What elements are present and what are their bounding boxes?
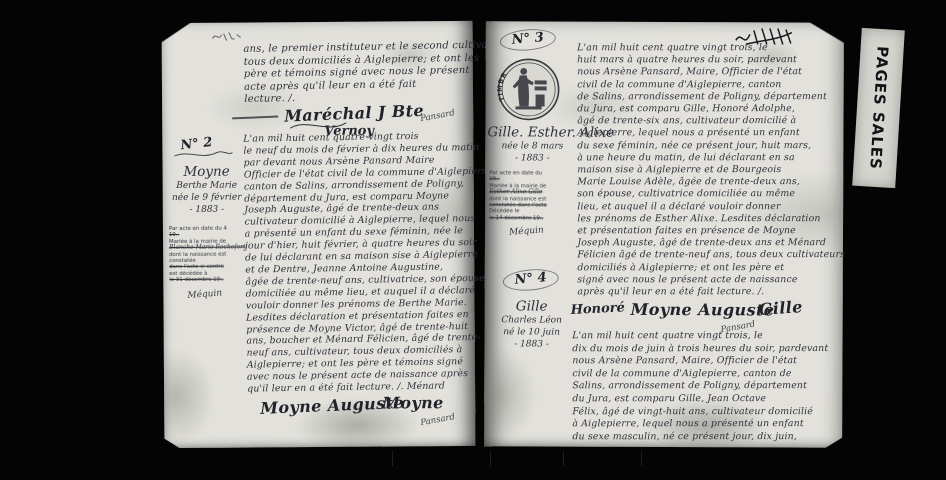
margin-name-line: née le 8 mars bbox=[487, 140, 577, 152]
annotation-line: dont la naissance est constatée bbox=[169, 251, 249, 264]
revenue-stamp-icon: TIMBRE bbox=[495, 56, 577, 122]
act-text-line: nous Arsène Pansard, Maire, Officier de … bbox=[577, 66, 845, 78]
act-text-line: son épouse, cultivatrice domiciliée au m… bbox=[577, 189, 845, 201]
act-text-line: et présentation faites en présence de Mo… bbox=[577, 225, 845, 237]
marginal-annotation: Par acte en date du 419..Mariée à la mai… bbox=[169, 225, 249, 283]
act-text-line: Salins, arrondissement de Poligny, dépar… bbox=[572, 380, 828, 393]
pages-sales-tab: PAGES SALES bbox=[852, 28, 905, 188]
act-text-line: huit mars à quatre heures du soir, parde… bbox=[577, 54, 845, 66]
act-text-line: à Aiglepierre, lequel nous a présenté un… bbox=[572, 418, 828, 431]
margin-name-line: - 1883 - bbox=[487, 152, 577, 164]
margin-name-line: - 1883 - bbox=[486, 338, 576, 350]
act2-signature-block: Moyne Auguste Moyne Pansard bbox=[260, 395, 470, 396]
act-text-line: après qu'il leur en a été fait lecture. … bbox=[577, 286, 845, 298]
act-text-line: du Jura, est comparu Gille, Jean Octave bbox=[572, 393, 828, 406]
act1-continuation-text: ans, le premier instituteur et le second… bbox=[243, 39, 510, 107]
page-edge-mark bbox=[392, 451, 393, 466]
margin-name-block: MoyneBerthe Marienée le 9 février- 1883 … bbox=[167, 164, 247, 217]
act-text-line: domiciliés à Aiglepierre; et ont les pèr… bbox=[577, 262, 845, 274]
annotation-signature: Méquin bbox=[509, 224, 578, 238]
act-text-line: à une heure du matin, de lui déclarant e… bbox=[577, 152, 845, 164]
act-text-line: lieu, et auquel il a déclaré vouloir don… bbox=[577, 201, 845, 213]
act-text-line: L'an mil huit cent quatre vingt trois, l… bbox=[572, 330, 828, 343]
act-number: N° 3 bbox=[499, 27, 557, 53]
act-text-line: Félix, âgé de vingt-huit ans, cultivateu… bbox=[572, 406, 828, 419]
act-text-line: maison sise à Aiglepierre et de Bourgeoi… bbox=[577, 164, 845, 176]
act-text-line: dix du mois de juin à trois heures du so… bbox=[572, 343, 828, 356]
act3-signature-block: Honoré Moyne Auguste Gille Pansard bbox=[571, 300, 821, 301]
page-edge-mark bbox=[490, 451, 491, 466]
margin-name-block: Gille. Esther. Alixenée le 8 mars- 1883 … bbox=[487, 124, 577, 164]
act-text-line: Joseph Auguste, âgé de trente-deux ans e… bbox=[577, 237, 845, 249]
margin-name-line: - 1883 - bbox=[167, 203, 247, 216]
right-margin-column: N° 3 TIMBRE bbox=[486, 27, 577, 351]
act2-text: L'an mil huit cent quatre vingt troisle … bbox=[243, 130, 495, 396]
signature: Moyne bbox=[382, 393, 444, 412]
margin-name-block: GilleCharles Léonné le 10 juin- 1883 - bbox=[486, 298, 576, 350]
act-text-line: signé avec nous le présent acte de naiss… bbox=[577, 274, 845, 286]
marginal-annotation: Par acte en date du19..Mariée à la mairi… bbox=[489, 170, 569, 222]
pages-sales-label: PAGES SALES bbox=[866, 46, 892, 171]
left-margin-column: N° 2 MoyneBerthe Marienée le 9 février- … bbox=[166, 135, 247, 299]
act-text-line: civil de la commune d'Aiglepierre, canto… bbox=[577, 79, 845, 91]
annotation-signature: Méquin bbox=[187, 286, 248, 301]
page-edge-mark bbox=[641, 451, 642, 466]
act-number: N° 4 bbox=[502, 267, 560, 293]
margin-name-line: né le 10 juin bbox=[487, 326, 577, 338]
margin-name-line: Gille bbox=[487, 298, 577, 314]
act3-text: L'an mil huit cent quatre vingt trois, l… bbox=[577, 42, 845, 298]
act1-signature-block: Maréchal J Bte Vernoy Pansard bbox=[232, 107, 462, 109]
act-text-line: du Jura, est comparu Gille, Honoré Adolp… bbox=[577, 103, 845, 115]
signature: Gille bbox=[758, 297, 803, 319]
margin-name-line: Charles Léon bbox=[487, 314, 577, 326]
annotation-line: Blanche Marie Rochefort bbox=[169, 245, 249, 252]
signature: Moyne Auguste bbox=[631, 300, 775, 320]
act-text-line: L'an mil huit cent quatre vingt trois, l… bbox=[577, 42, 845, 54]
crossed-out-word bbox=[232, 115, 278, 119]
act-text-line: nous Arsène Pansard, Maire, Officier de … bbox=[572, 355, 828, 368]
act-text-line: les prénoms de Esther Alixe. Lesdites dé… bbox=[577, 213, 845, 225]
act-text-line: du sexe féminin, née ce présent jour, hu… bbox=[577, 140, 845, 152]
left-page: ans, le premier instituteur et le second… bbox=[162, 21, 476, 448]
margin-name-line: Moyne bbox=[167, 164, 247, 181]
act-text-line: civil de la commune d'Aiglepierre, canto… bbox=[572, 368, 828, 381]
page-corner-shadow bbox=[161, 22, 197, 46]
act-text-line: Marie Louise Adèle, âgée de trente-deux … bbox=[577, 176, 845, 188]
act-text-line: âgé de trente-six ans, cultivateur domic… bbox=[577, 115, 845, 127]
act-text-line: Aiglepierre, lequel nous a présenté un e… bbox=[577, 128, 845, 140]
annotation-line: le 14 décembre 19.. bbox=[489, 215, 569, 222]
corner-scribble-mark bbox=[210, 29, 244, 47]
signature: Honoré bbox=[570, 300, 625, 318]
annotation-line: le 31 décembre 19.. bbox=[169, 277, 249, 284]
flourish-icon bbox=[288, 120, 348, 132]
act-text-line: du sexe masculin, né ce présent jour, di… bbox=[572, 431, 828, 444]
margin-name-line: Gille. Esther. Alixe bbox=[487, 124, 577, 140]
act-text-line: qu'il leur en a été fait lecture. /. Mén… bbox=[247, 380, 495, 396]
scan-background: ans, le premier instituteur et le second… bbox=[0, 0, 946, 480]
act-text-line: Félicien âgé de trente-neuf ans, tous de… bbox=[577, 250, 845, 262]
paraph-signature: Pansard bbox=[420, 412, 456, 428]
margin-name-line: née le 9 février bbox=[167, 192, 247, 205]
page-corner-shadow bbox=[163, 435, 185, 449]
page-edge-mark bbox=[563, 451, 564, 466]
margin-name-line: Berthe Marie bbox=[167, 180, 247, 193]
act4-text: L'an mil huit cent quatre vingt trois, l… bbox=[572, 330, 828, 444]
act-text-line: de Salins, arrondissement de Poligny, dé… bbox=[577, 91, 845, 103]
paraph-signature: Pansard bbox=[420, 108, 456, 124]
right-page: N° 3 TIMBRE bbox=[484, 21, 844, 448]
